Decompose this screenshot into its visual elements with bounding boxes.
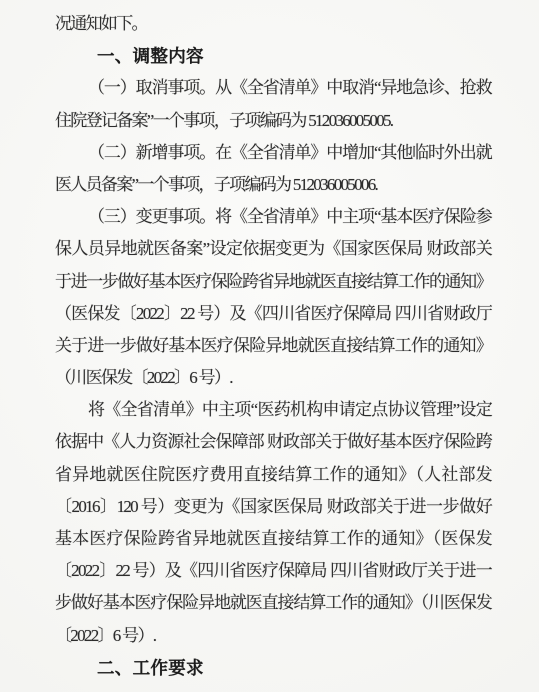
section-heading: 二、工作要求 bbox=[55, 652, 491, 684]
document-line: （医保发〔2022〕22 号）及《四川省医疗保障局 四川省财政厅 bbox=[55, 298, 491, 330]
document-line: （三）变更事项。将《全省清单》中主项“基本医疗保险参 bbox=[55, 201, 491, 233]
document-line: （二）新增事项。在《全省清单》中增加“其他临时外出就 bbox=[55, 137, 491, 169]
document-body: 况通知如下。一、调整内容（一）取消事项。从《全省清单》中取消“异地急诊、抢救住院… bbox=[55, 8, 491, 684]
document-line: 医人员备案”一个事项，子项编码为 512036005006. bbox=[55, 169, 491, 201]
document-line: 关于进一步做好基本医疗保险异地就医直接结算工作的通知》 bbox=[55, 330, 491, 362]
document-line: 〔2022〕22 号）及《四川省医疗保障局 四川省财政厅关于进一 bbox=[55, 555, 491, 587]
document-line: 于进一步做好基本医疗保险跨省异地就医直接结算工作的通知》 bbox=[55, 266, 491, 298]
section-heading: 一、调整内容 bbox=[55, 40, 491, 72]
document-line: 将《全省清单》中主项“医药机构申请定点协议管理”设定 bbox=[55, 394, 491, 426]
document-line: 〔2016〕120 号）变更为《国家医保局 财政部关于进一步做好 bbox=[55, 491, 491, 523]
document-line: 依据中《人力资源社会保障部 财政部关于做好基本医疗保险跨 bbox=[55, 426, 491, 458]
document-line: 基本医疗保险跨省异地就医直接结算工作的通知》（医保发 bbox=[55, 523, 491, 555]
document-line: 步做好基本医疗保险异地就医直接结算工作的通知》（川医保发 bbox=[55, 587, 491, 619]
document-line: （一）取消事项。从《全省清单》中取消“异地急诊、抢救 bbox=[55, 72, 491, 104]
document-line: 住院登记备案”一个事项，子项编码为 512036005005. bbox=[55, 105, 491, 137]
document-page: 况通知如下。一、调整内容（一）取消事项。从《全省清单》中取消“异地急诊、抢救住院… bbox=[0, 0, 539, 692]
document-line: 保人员异地就医备案”设定依据变更为《国家医保局 财政部关 bbox=[55, 233, 491, 265]
document-line: 省异地就医住院医疗费用直接结算工作的通知》（人社部发 bbox=[55, 459, 491, 491]
document-line: 〔2022〕6 号）. bbox=[55, 620, 491, 652]
document-line: （川医保发〔2022〕6 号）. bbox=[55, 362, 491, 394]
document-line: 况通知如下。 bbox=[55, 8, 491, 40]
